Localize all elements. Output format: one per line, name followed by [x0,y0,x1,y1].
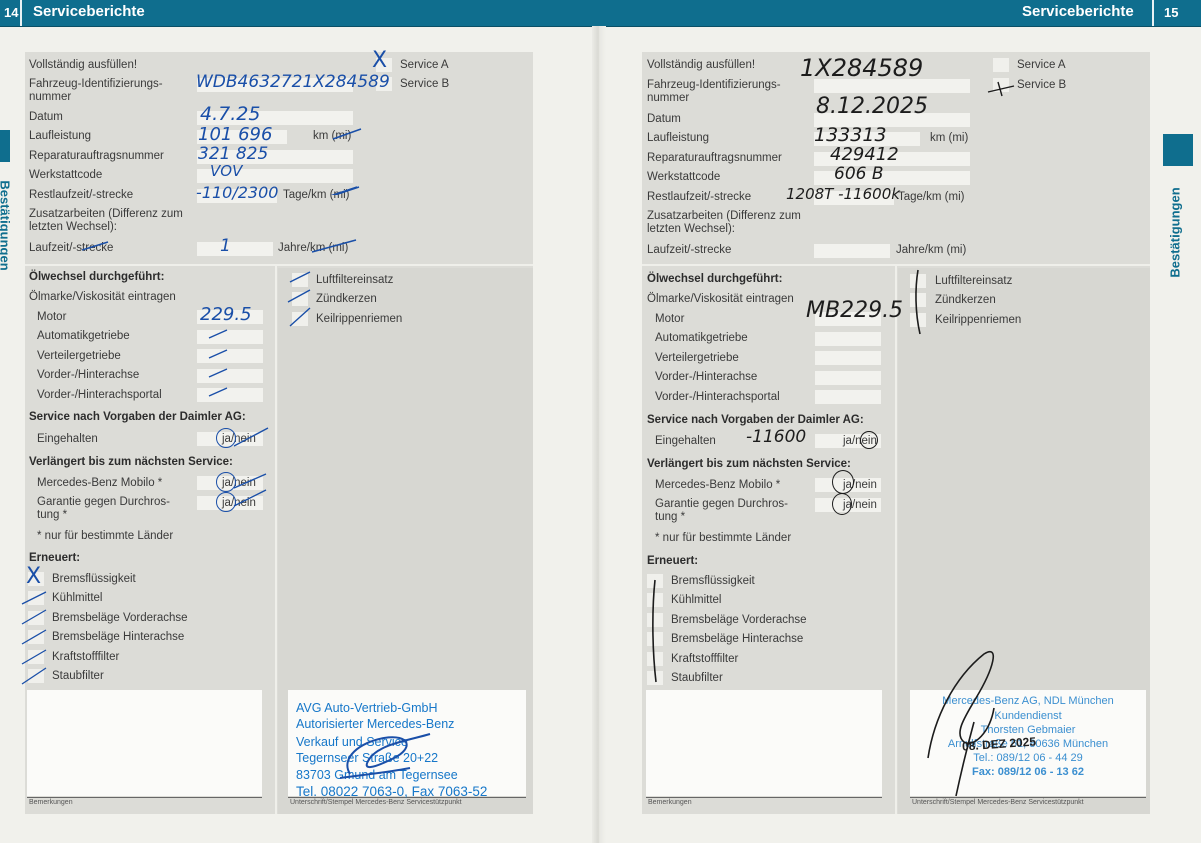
extended-heading: Verlängert bis zum nächsten Service: [647,457,851,471]
axles-field[interactable] [197,369,263,383]
axle-portal-label: Vorder-/Hinterachsportal [655,390,780,404]
engine-label: Motor [37,310,66,324]
date-label: Datum [29,110,63,124]
date-label: Datum [647,112,681,126]
air-filter-checkbox[interactable] [292,273,308,287]
header-separator [1152,0,1154,26]
brake-fluid-x-mark: X [26,566,41,588]
date-value: 8.12.2025 [816,96,928,118]
remarks-box[interactable] [646,690,882,796]
mileage-value: 101 696 [198,126,272,144]
book-fold [592,26,606,843]
renewed-item: Kraftstofffilter [52,650,119,664]
left-side-tab-label: Bestätigungen [0,180,13,270]
vin-value: WDB4632721X284589 [196,74,390,91]
left-side-tab [0,130,10,162]
remaining-value: -110/2300 [196,185,278,201]
additional-label: Zusatzarbeiten (Differenz zum [29,207,183,221]
date-value: 4.7.25 [200,105,260,124]
remaining-label: Restlaufzeit/-strecke [29,188,133,202]
spark-plugs-checkbox[interactable] [292,292,308,306]
remarks-rule [646,797,882,798]
renewed-item: Bremsbeläge Hinterachse [52,630,184,644]
mileage-label: Laufleistung [29,129,91,143]
footnote: * nur für bestimmte Länder [37,529,173,543]
auto-gearbox-field[interactable] [197,330,263,344]
left-page-number: 14 [4,2,18,24]
renewed-item: Kühlmittel [52,591,103,605]
renewed-checkbox[interactable] [28,650,44,664]
column-divider [895,266,897,814]
footnote: * nur für bestimmte Länder [655,531,791,545]
column-divider [275,266,277,814]
renewed-item: Bremsflüssigkeit [671,574,755,588]
vin-label-2: nummer [29,90,71,104]
oil-change-heading: Ölwechsel durchgeführt: [647,272,782,286]
renewed-checkbox[interactable] [28,630,44,644]
repair-order-value: 321 825 [198,146,268,163]
service-a-label: Service A [1017,58,1066,72]
service-b-label: Service B [1017,78,1066,92]
spark-plugs-checkbox[interactable] [910,293,926,307]
runtime-field[interactable] [814,244,890,258]
stamp-line: AVG Auto-Vertrieb-GmbH [296,700,438,716]
air-filter-label: Luftfiltereinsatz [935,274,1012,288]
renewed-checkbox[interactable] [647,652,663,666]
complied-label: Eingehalten [37,432,98,446]
service-b-label: Service B [400,77,449,91]
renewed-item: Bremsflüssigkeit [52,572,136,586]
runtime-label: Laufzeit/-strecke [29,241,113,255]
mobilo-label: Mercedes-Benz Mobilo * [655,478,780,492]
renewed-heading: Erneuert: [647,554,698,568]
oil-brand-label: Ölmarke/Viskosität eintragen [647,292,794,306]
runtime-unit: Jahre/km (mi) [896,243,966,257]
mobilo-yes-circle [832,470,854,494]
air-filter-checkbox[interactable] [910,274,926,288]
section-divider [25,264,533,266]
runtime-value: 1 [220,238,231,255]
renewed-item: Staubfilter [671,671,723,685]
stamp-line: Tegernseer Straße 20+22 [296,750,438,766]
mileage-value: 133313 [814,126,887,145]
left-page-title: Serviceberichte [33,1,145,23]
belt-label: Keilrippenriemen [316,312,402,326]
mileage-label: Laufleistung [647,131,709,145]
mileage-unit: km (mi) [930,131,968,145]
complete-note: Vollständig ausfüllen! [647,58,755,72]
auto-gearbox-label: Automatikgetriebe [37,329,130,343]
belt-checkbox[interactable] [910,313,926,327]
belt-label: Keilrippenriemen [935,313,1021,327]
renewed-heading: Erneuert: [29,551,80,565]
rust-warranty-yes-circle [216,492,236,512]
transfer-case-field[interactable] [815,351,881,365]
spark-plugs-label: Zündkerzen [316,292,377,306]
transfer-case-label: Verteilergetriebe [655,351,739,365]
transfer-case-label: Verteilergetriebe [37,349,121,363]
vin-label-2: nummer [647,91,689,105]
runtime-label: Laufzeit/-strecke [647,243,731,257]
complied-note-value: -11600 [746,429,806,446]
remarks-caption: Bemerkungen [648,799,692,806]
renewed-item: Staubfilter [52,669,104,683]
remarks-caption: Bemerkungen [29,799,73,806]
signature-caption: Unterschrift/Stempel Mercedes-Benz Servi… [912,799,1084,806]
complete-note: Vollständig ausfüllen! [29,58,137,72]
runtime-unit: Jahre/km (mi) [278,241,348,255]
engine-label: Motor [655,312,684,326]
air-filter-label: Luftfiltereinsatz [316,273,393,287]
stamp-line: Tel.: 089/12 06 - 44 29 [930,752,1126,765]
stamp-line: Autorisierter Mercedes-Benz [296,716,454,732]
mobilo-label: Mercedes-Benz Mobilo * [37,476,162,490]
axle-portal-field[interactable] [815,390,881,404]
remaining-unit: Tage/km (mi) [283,188,349,202]
auto-gearbox-label: Automatikgetriebe [655,331,748,345]
rust-warranty-label-2: tung * [655,510,685,524]
stamp-line: Kundendienst [930,710,1126,723]
complied-no-circle [860,431,878,449]
runtime-field[interactable] [197,242,273,256]
axle-portal-field[interactable] [197,388,263,402]
stamp-line: 83703 Gmund am Tegernsee [296,767,458,783]
header-separator [20,0,22,26]
right-page-number: 15 [1164,2,1178,24]
axle-portal-label: Vorder-/Hinterachsportal [37,388,162,402]
signature-rule [910,797,1146,798]
service-a-checkbox[interactable] [993,58,1009,72]
renewed-item: Bremsbeläge Vorderachse [671,613,807,627]
renewed-checkbox[interactable] [647,671,663,685]
right-side-tab-label: Bestätigungen [1168,187,1183,277]
renewed-checkbox[interactable] [647,574,663,588]
service-a-x-mark: X [372,50,387,72]
renewed-checkbox[interactable] [647,593,663,607]
engine-oil-value: MB229.5 [806,300,903,322]
renewed-checkbox[interactable] [28,611,44,625]
vin-label: Fahrzeug-Identifizierungs- [647,78,781,92]
renewed-item: Bremsbeläge Vorderachse [52,611,188,625]
remaining-unit: Tage/km (mi) [898,190,964,204]
right-page-title: Serviceberichte [1022,1,1134,23]
auto-gearbox-field[interactable] [815,332,881,346]
rust-warranty-label-2: tung * [37,508,67,522]
workshop-code-label: Werkstattcode [647,170,720,184]
belt-checkbox[interactable] [292,312,308,326]
workshop-code-value: VOV [210,164,242,179]
remarks-box[interactable] [27,690,262,796]
mileage-unit: km (mi) [313,129,351,143]
axles-label: Vorder-/Hinterachse [37,368,139,382]
additional-label-2: letzten Wechsel): [29,220,117,234]
remaining-value: 1208T -11600k [786,187,900,202]
complied-label: Eingehalten [655,434,716,448]
workshop-code-label: Werkstattcode [29,168,102,182]
rust-warranty-yes-circle [832,493,852,515]
remarks-rule [27,797,262,798]
rust-warranty-label: Garantie gegen Durchros- [655,497,788,511]
right-side-tab[interactable] [1163,134,1193,166]
spark-plugs-label: Zündkerzen [935,293,996,307]
daimler-service-heading: Service nach Vorgaben der Daimler AG: [647,413,864,427]
renewed-checkbox[interactable] [647,613,663,627]
renewed-item: Kraftstofffilter [671,652,738,666]
complied-yes-circle [216,428,236,448]
axles-field[interactable] [815,371,881,385]
vin-label: Fahrzeug-Identifizierungs- [29,77,163,91]
repair-order-value: 429412 [830,146,899,164]
repair-order-label: Reparaturauftragsnummer [647,151,782,165]
additional-label: Zusatzarbeiten (Differenz zum [647,209,801,223]
renewed-checkbox[interactable] [28,591,44,605]
oil-brand-label: Ölmarke/Viskosität eintragen [29,290,176,304]
signature-caption: Unterschrift/Stempel Mercedes-Benz Servi… [290,799,462,806]
renewed-item: Bremsbeläge Hinterachse [671,632,803,646]
renewed-checkbox[interactable] [647,632,663,646]
transfer-case-field[interactable] [197,349,263,363]
stamp-line: Tel. 08022 7063-0, Fax 7063-52 [296,784,487,800]
renewed-item: Kühlmittel [671,593,722,607]
mobilo-yes-circle [216,472,236,492]
additional-label-2: letzten Wechsel): [647,222,735,236]
engine-oil-value: 229.5 [200,306,252,324]
rust-warranty-label: Garantie gegen Durchros- [37,495,170,509]
stamp-line: Verkauf und Service [296,734,408,750]
extended-heading: Verlängert bis zum nächsten Service: [29,455,233,469]
stamp-line: Mercedes-Benz AG, NDL München [930,695,1126,708]
axles-label: Vorder-/Hinterachse [655,370,757,384]
oil-change-heading: Ölwechsel durchgeführt: [29,270,164,284]
page-header-bar [0,0,1201,26]
remaining-label: Restlaufzeit/-strecke [647,190,751,204]
service-a-label: Service A [400,58,449,72]
daimler-service-heading: Service nach Vorgaben der Daimler AG: [29,410,246,424]
stamp-line: Fax: 089/12 06 - 13 62 [930,766,1126,779]
workshop-code-value: 606 B [834,166,884,183]
repair-order-label: Reparaturauftragsnummer [29,149,164,163]
renewed-checkbox[interactable] [28,669,44,683]
vin-value: 1X284589 [800,56,923,80]
service-b-checkbox[interactable] [993,78,1009,92]
